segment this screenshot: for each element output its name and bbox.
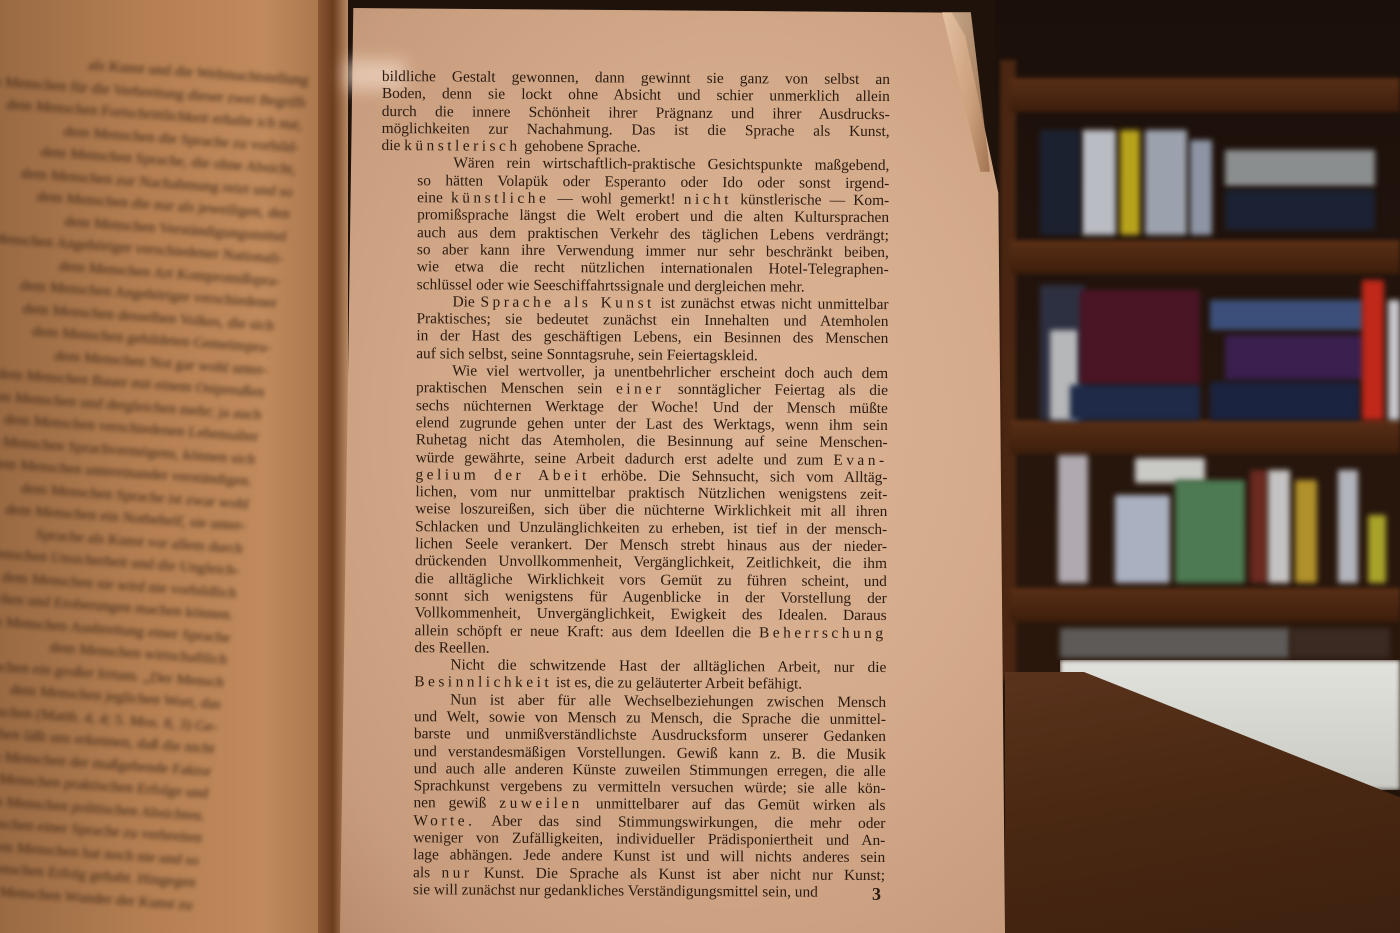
emphasized-text: künstliche [451,190,549,208]
emphasized-text: Beherrschung [759,624,887,642]
book-spine [1388,300,1400,420]
paragraph: Die Sprache als Kunst ist zunächst etwas… [380,293,888,365]
emphasized-text: nur [441,864,472,881]
shelf-post [1000,60,1016,680]
book-spine [1295,480,1317,583]
emphasized-text: einer [616,381,664,398]
book-spine [1190,140,1212,235]
emphasized-text: künstlerisch [404,137,520,155]
book-spine [1225,150,1375,186]
emphasized-text: Sprache als Kunst [480,293,654,311]
book-spine [1225,335,1365,380]
right-page-text: bildliche Gestalt gewonnen, dann gewinnt… [377,68,890,901]
paragraph: Wie viel wertvoller, ja unentbehrlicher … [378,362,888,659]
emphasized-text: Worte. [413,812,475,829]
emphasized-text: nicht [684,191,732,208]
text-line: sie will zunächst nur gedankliches Verst… [377,881,885,901]
left-page-text: als Kunst und die Weltmachtstellungdem M… [0,47,310,912]
emphasized-text: gelium der Abeit [415,466,589,484]
photo-scene: als Kunst und die Weltmachtstellungdem M… [0,0,1400,933]
shelf-plank [1010,240,1400,274]
book-spine [1368,515,1386,583]
book-spine [1115,495,1170,583]
book-spine [1120,130,1140,235]
paragraph: Wären rein wirtschaftlich-praktische Ges… [381,154,890,295]
book-spine [1210,382,1360,420]
book-spine [1082,130,1116,235]
emphasized-text: Besinnlichkeit [414,674,552,692]
paragraph: Nicht die schwitzende Hast der alltäglic… [378,656,886,694]
shelf-plank [1010,420,1400,454]
book-spine [1290,628,1390,658]
book-spine [1268,470,1290,583]
shelf-plank [1010,78,1400,112]
book-spine [1058,455,1088,583]
book-spine [1070,385,1200,420]
book-spine [1175,480,1245,583]
shelf-plank [1010,588,1400,622]
book-spine [1250,470,1268,583]
book-spine [1362,280,1384,420]
left-book-page: als Kunst und die Weltmachtstellungdem M… [0,0,330,933]
book-spine [1145,130,1187,235]
page-number: 3 [872,884,881,905]
book-spine [1338,470,1358,583]
book-spine [1060,628,1290,658]
book-spine [1040,130,1080,235]
paragraph: Nun ist aber für alle Wechselbeziehungen… [377,691,886,902]
book-spine [1225,190,1375,230]
book-spine [1080,290,1200,385]
book-spine [1210,300,1365,330]
paragraph: bildliche Gestalt gewonnen, dann gewinnt… [381,68,890,158]
emphasized-text: zuweilen [499,795,583,813]
emphasized-text: Evan- [833,451,887,468]
